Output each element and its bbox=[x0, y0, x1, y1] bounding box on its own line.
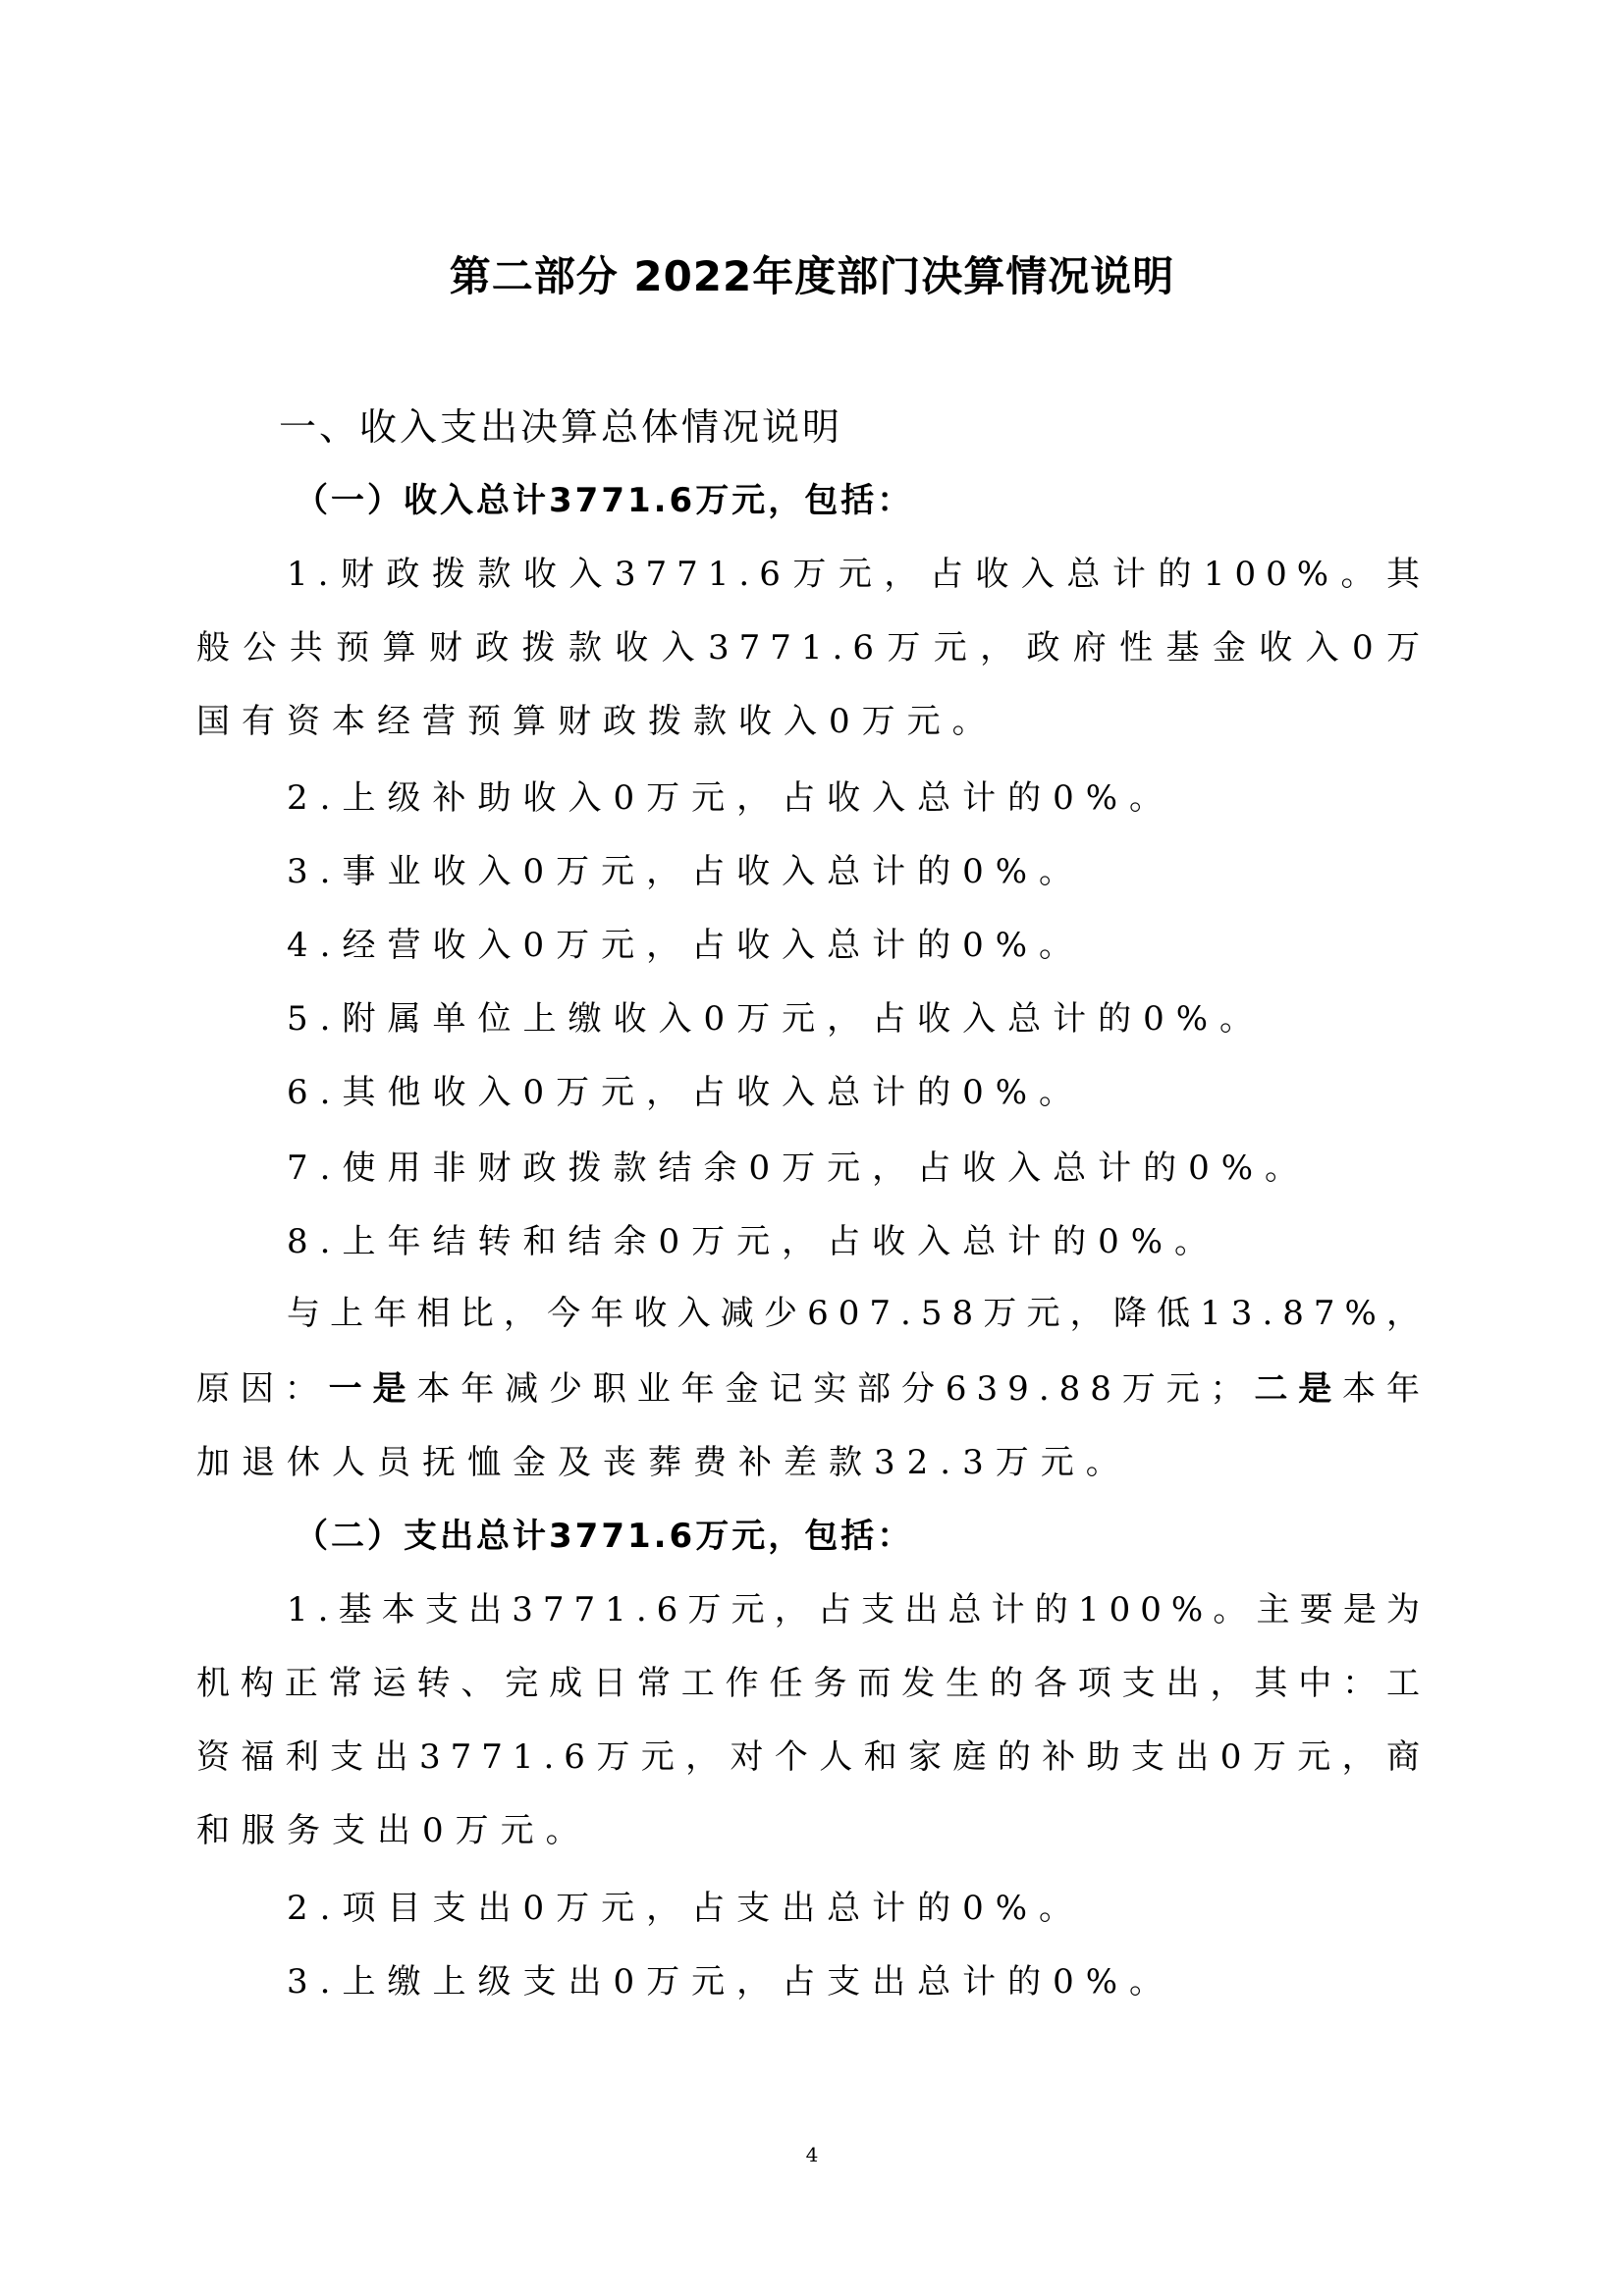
paragraph-line: 国有资本经营预算财政拨款收入0万元。 bbox=[196, 692, 1430, 751]
reason-line: 原因：一是本年减少职业年金记实部分639.88万元；二是本年增 bbox=[196, 1360, 1430, 1418]
paragraph-line: 般公共预算财政拨款收入3771.6万元，政府性基金收入0万元， bbox=[196, 618, 1430, 677]
income-item-6: 6.其他收入0万元，占收入总计的0%。 bbox=[287, 1063, 1430, 1122]
income-item-7: 7.使用非财政拨款结余0万元，占收入总计的0%。 bbox=[287, 1139, 1430, 1198]
reason-prefix: 原因： bbox=[196, 1369, 329, 1409]
reason-first-text: 本年减少职业年金记实部分639.88万元； bbox=[416, 1369, 1253, 1409]
income-item-3: 3.事业收入0万元，占收入总计的0%。 bbox=[287, 842, 1430, 901]
paragraph-line: 和服务支出0万元。 bbox=[196, 1801, 1430, 1860]
subheading-expense-total: （二）支出总计3771.6万元，包括： bbox=[295, 1507, 913, 1566]
document-page: 第二部分 2022年度部门决算情况说明 一、收入支出决算总体情况说明 （一）收入… bbox=[0, 0, 1624, 2296]
income-item-8: 8.上年结转和结余0万元，占收入总计的0%。 bbox=[287, 1212, 1430, 1271]
page-number: 4 bbox=[0, 2143, 1624, 2166]
page-title: 第二部分 2022年度部门决算情况说明 bbox=[0, 247, 1624, 306]
expense-item-2: 2.项目支出0万元，占支出总计的0%。 bbox=[287, 1879, 1430, 1938]
paragraph-line: 加退休人员抚恤金及丧葬费补差款32.3万元。 bbox=[196, 1433, 1430, 1492]
paragraph-line: 资福利支出3771.6万元，对个人和家庭的补助支出0万元，商品 bbox=[196, 1728, 1430, 1787]
comparison-paragraph-line: 与上年相比，今年收入减少607.58万元，降低13.87%，主要 bbox=[287, 1284, 1430, 1343]
paragraph-line: 机构正常运转、完成日常工作任务而发生的各项支出，其中：工 bbox=[196, 1654, 1430, 1713]
paragraph-line: 1.基本支出3771.6万元，占支出总计的100%。主要是为保障 bbox=[287, 1580, 1430, 1639]
income-item-5: 5.附属单位上缴收入0万元，占收入总计的0%。 bbox=[287, 989, 1430, 1048]
income-item-4: 4.经营收入0万元，占收入总计的0%。 bbox=[287, 916, 1430, 975]
subheading-income-total: （一）收入总计3771.6万元，包括： bbox=[295, 471, 913, 530]
expense-item-3: 3.上缴上级支出0万元，占支出总计的0%。 bbox=[287, 1952, 1430, 2011]
reason-bold-first: 一是 bbox=[329, 1369, 417, 1409]
reason-bold-second: 二是 bbox=[1254, 1369, 1343, 1409]
income-item-2: 2.上级补助收入0万元，占收入总计的0%。 bbox=[287, 769, 1430, 828]
section-heading-overall: 一、收入支出决算总体情况说明 bbox=[279, 398, 842, 456]
paragraph-line: 1.财政拨款收入3771.6万元，占收入总计的100%。其中：一 bbox=[287, 545, 1430, 604]
